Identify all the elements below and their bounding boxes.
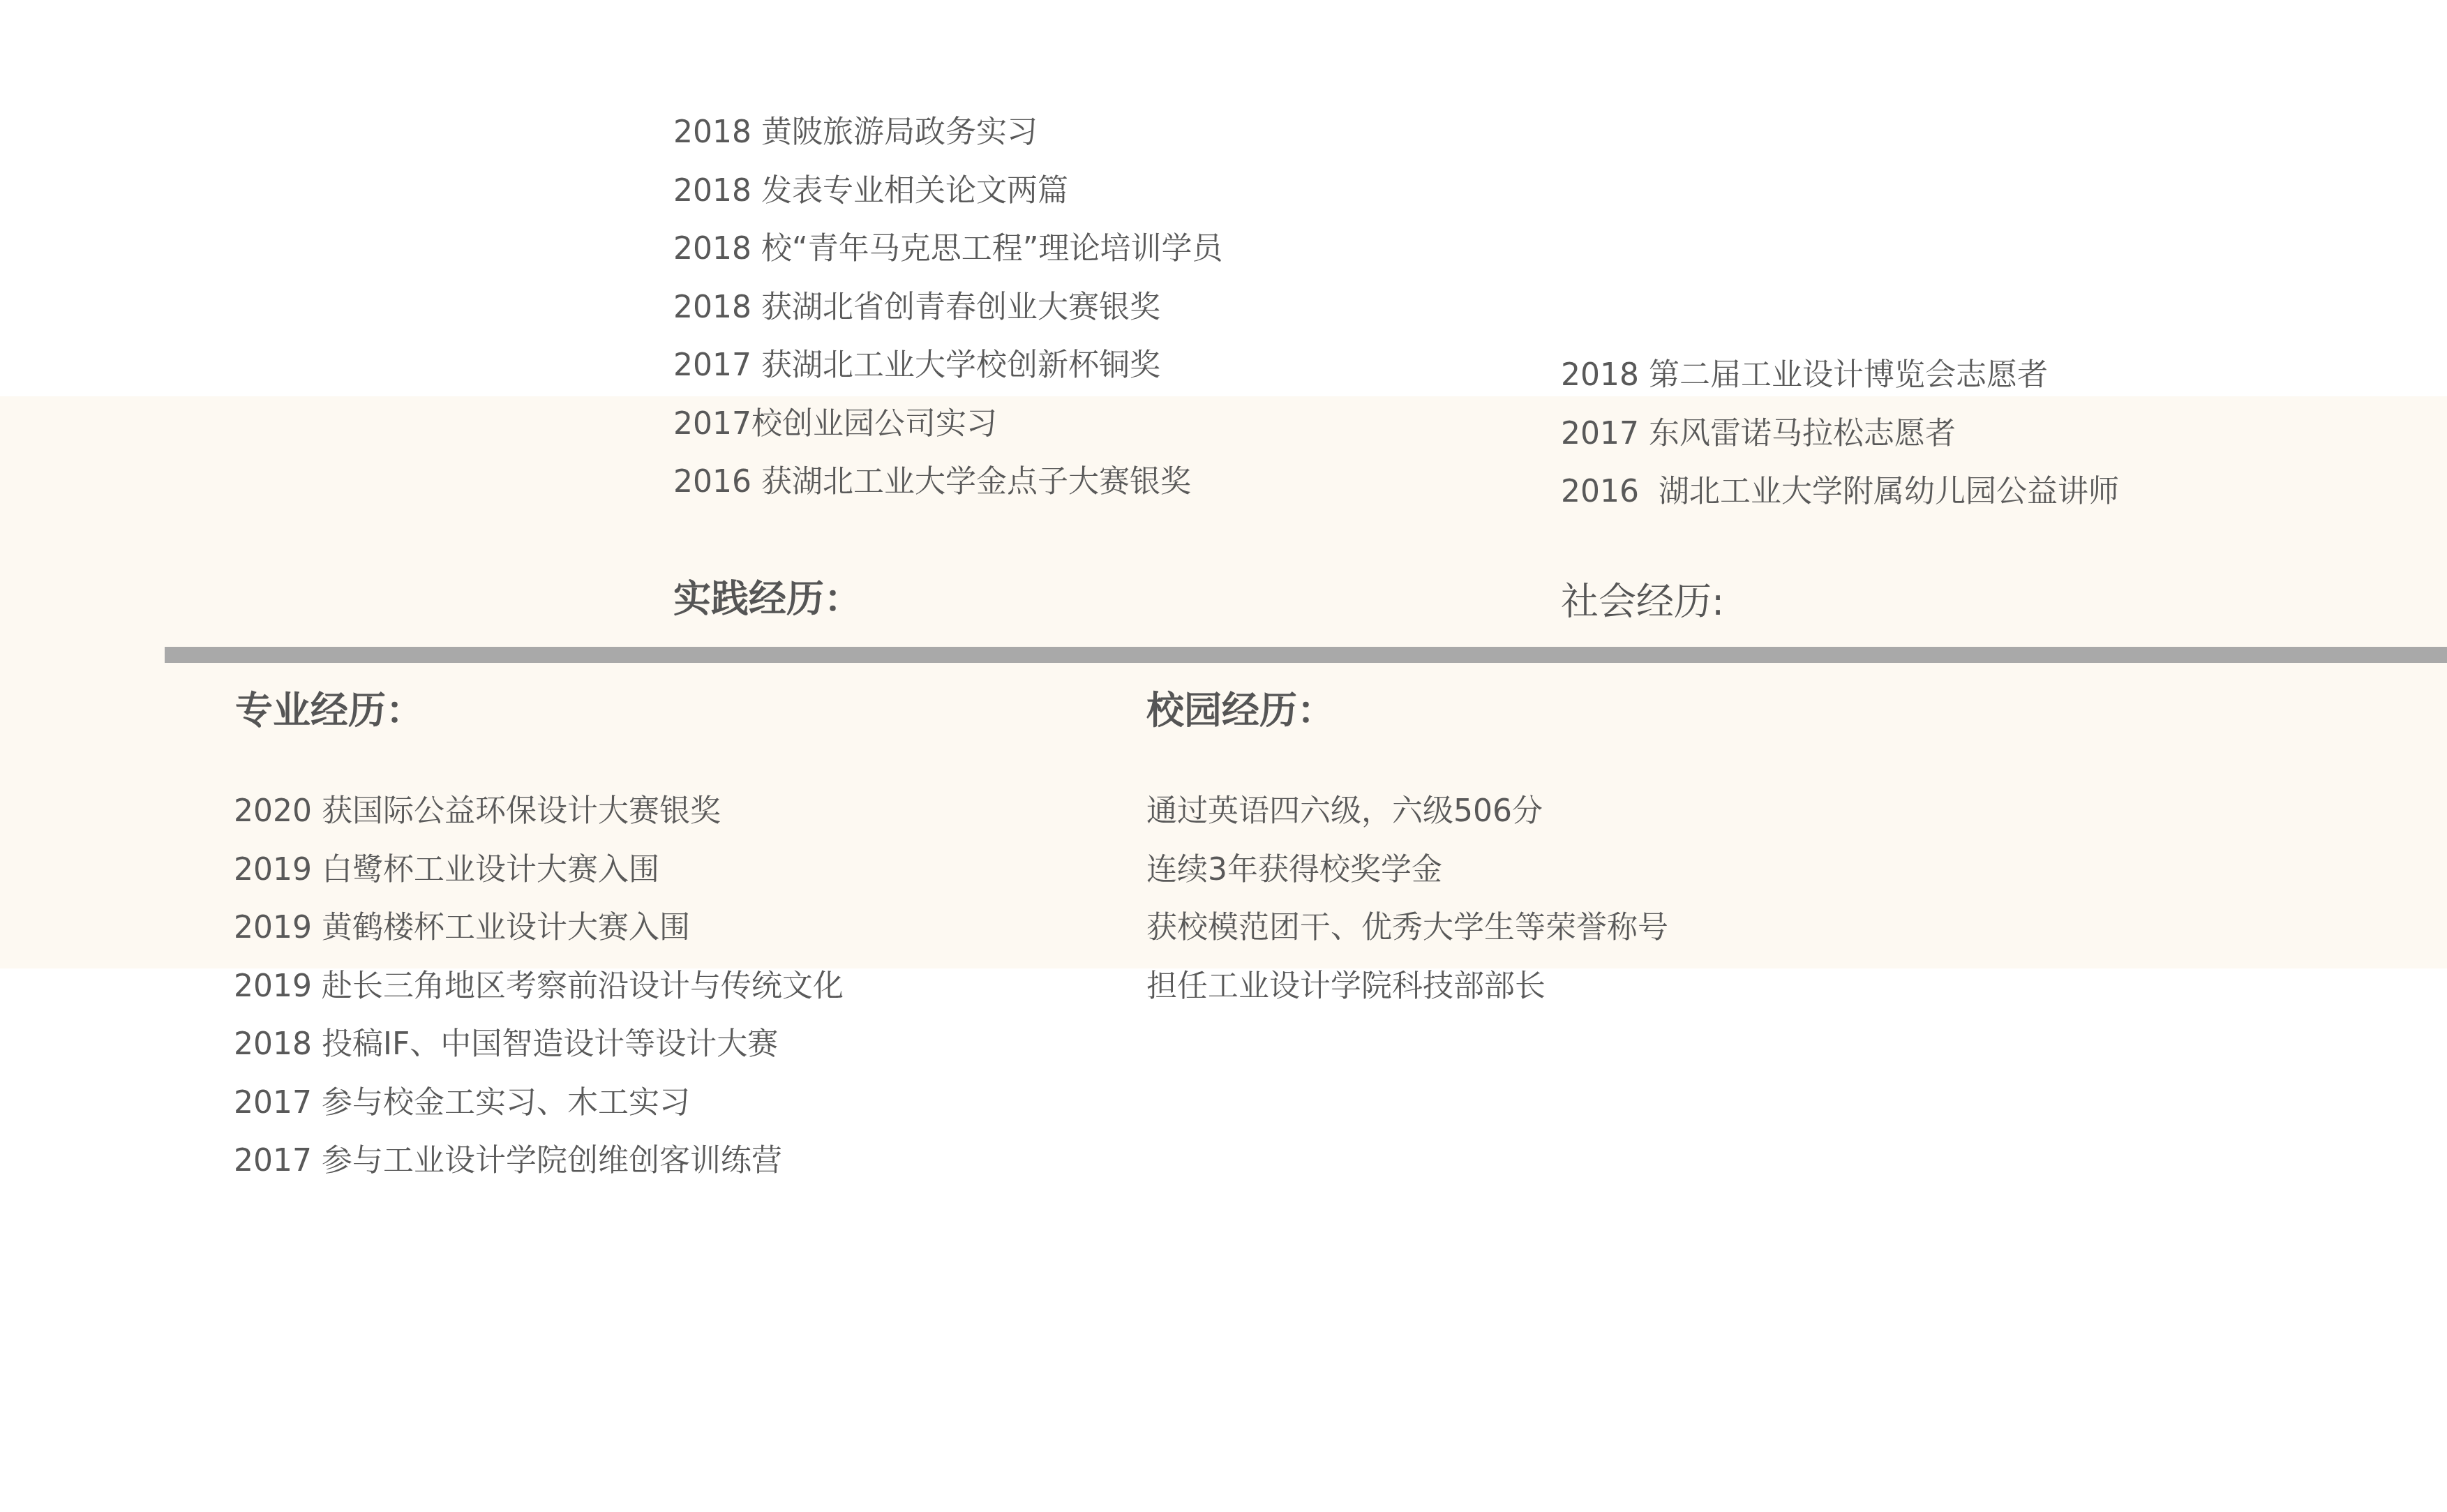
social-list: 2018 第二届工业设计博览会志愿者 2017 东风雷诺马拉松志愿者 2016 … (1561, 346, 2119, 521)
practice-item: 2018 发表专业相关论文两篇 (673, 162, 1223, 220)
campus-item: 担任工业设计学院科技部部长 (1146, 957, 1668, 1016)
professional-item: 2018 投稿IF、中国智造设计等设计大赛 (234, 1015, 844, 1074)
campus-item: 通过英语四六级，六级506分 (1146, 782, 1668, 841)
section-divider (165, 647, 2447, 663)
professional-item: 2019 白鹭杯工业设计大赛入围 (234, 841, 844, 899)
professional-item: 2019 黄鹤楼杯工业设计大赛入围 (234, 899, 844, 957)
social-item: 2017 东风雷诺马拉松志愿者 (1561, 405, 2119, 463)
practice-heading: 实践经历： (673, 577, 862, 622)
professional-list: 2020 获国际公益环保设计大赛银奖 2019 白鹭杯工业设计大赛入围 2019… (234, 782, 844, 1190)
practice-item: 2016 获湖北工业大学金点子大赛银奖 (673, 453, 1223, 511)
professional-item: 2017 参与工业设计学院创维创客训练营 (234, 1132, 844, 1190)
professional-item: 2019 赴长三角地区考察前沿设计与传统文化 (234, 957, 844, 1016)
practice-item: 2017校创业园公司实习 (673, 395, 1223, 454)
professional-item: 2020 获国际公益环保设计大赛银奖 (234, 782, 844, 841)
social-item: 2016 湖北工业大学附属幼儿园公益讲师 (1561, 463, 2119, 521)
professional-item: 2017 参与校金工实习、木工实习 (234, 1074, 844, 1132)
practice-item: 2018 黄陂旅游局政务实习 (673, 103, 1223, 162)
practice-item: 2017 获湖北工业大学校创新杯铜奖 (673, 336, 1223, 395)
campus-heading: 校园经历： (1146, 689, 1335, 733)
practice-item: 2018 校“青年马克思工程”理论培训学员 (673, 220, 1223, 278)
campus-item: 连续3年获得校奖学金 (1146, 841, 1668, 899)
practice-item: 2018 获湖北省创青春创业大赛银奖 (673, 278, 1223, 337)
campus-list: 通过英语四六级，六级506分 连续3年获得校奖学金 获校模范团干、优秀大学生等荣… (1146, 782, 1668, 1015)
practice-list: 2018 黄陂旅游局政务实习 2018 发表专业相关论文两篇 2018 校“青年… (673, 103, 1223, 511)
professional-heading: 专业经历： (235, 689, 424, 733)
social-heading: 社会经历: (1561, 580, 1724, 624)
campus-item: 获校模范团干、优秀大学生等荣誉称号 (1146, 899, 1668, 957)
social-item: 2018 第二届工业设计博览会志愿者 (1561, 346, 2119, 405)
